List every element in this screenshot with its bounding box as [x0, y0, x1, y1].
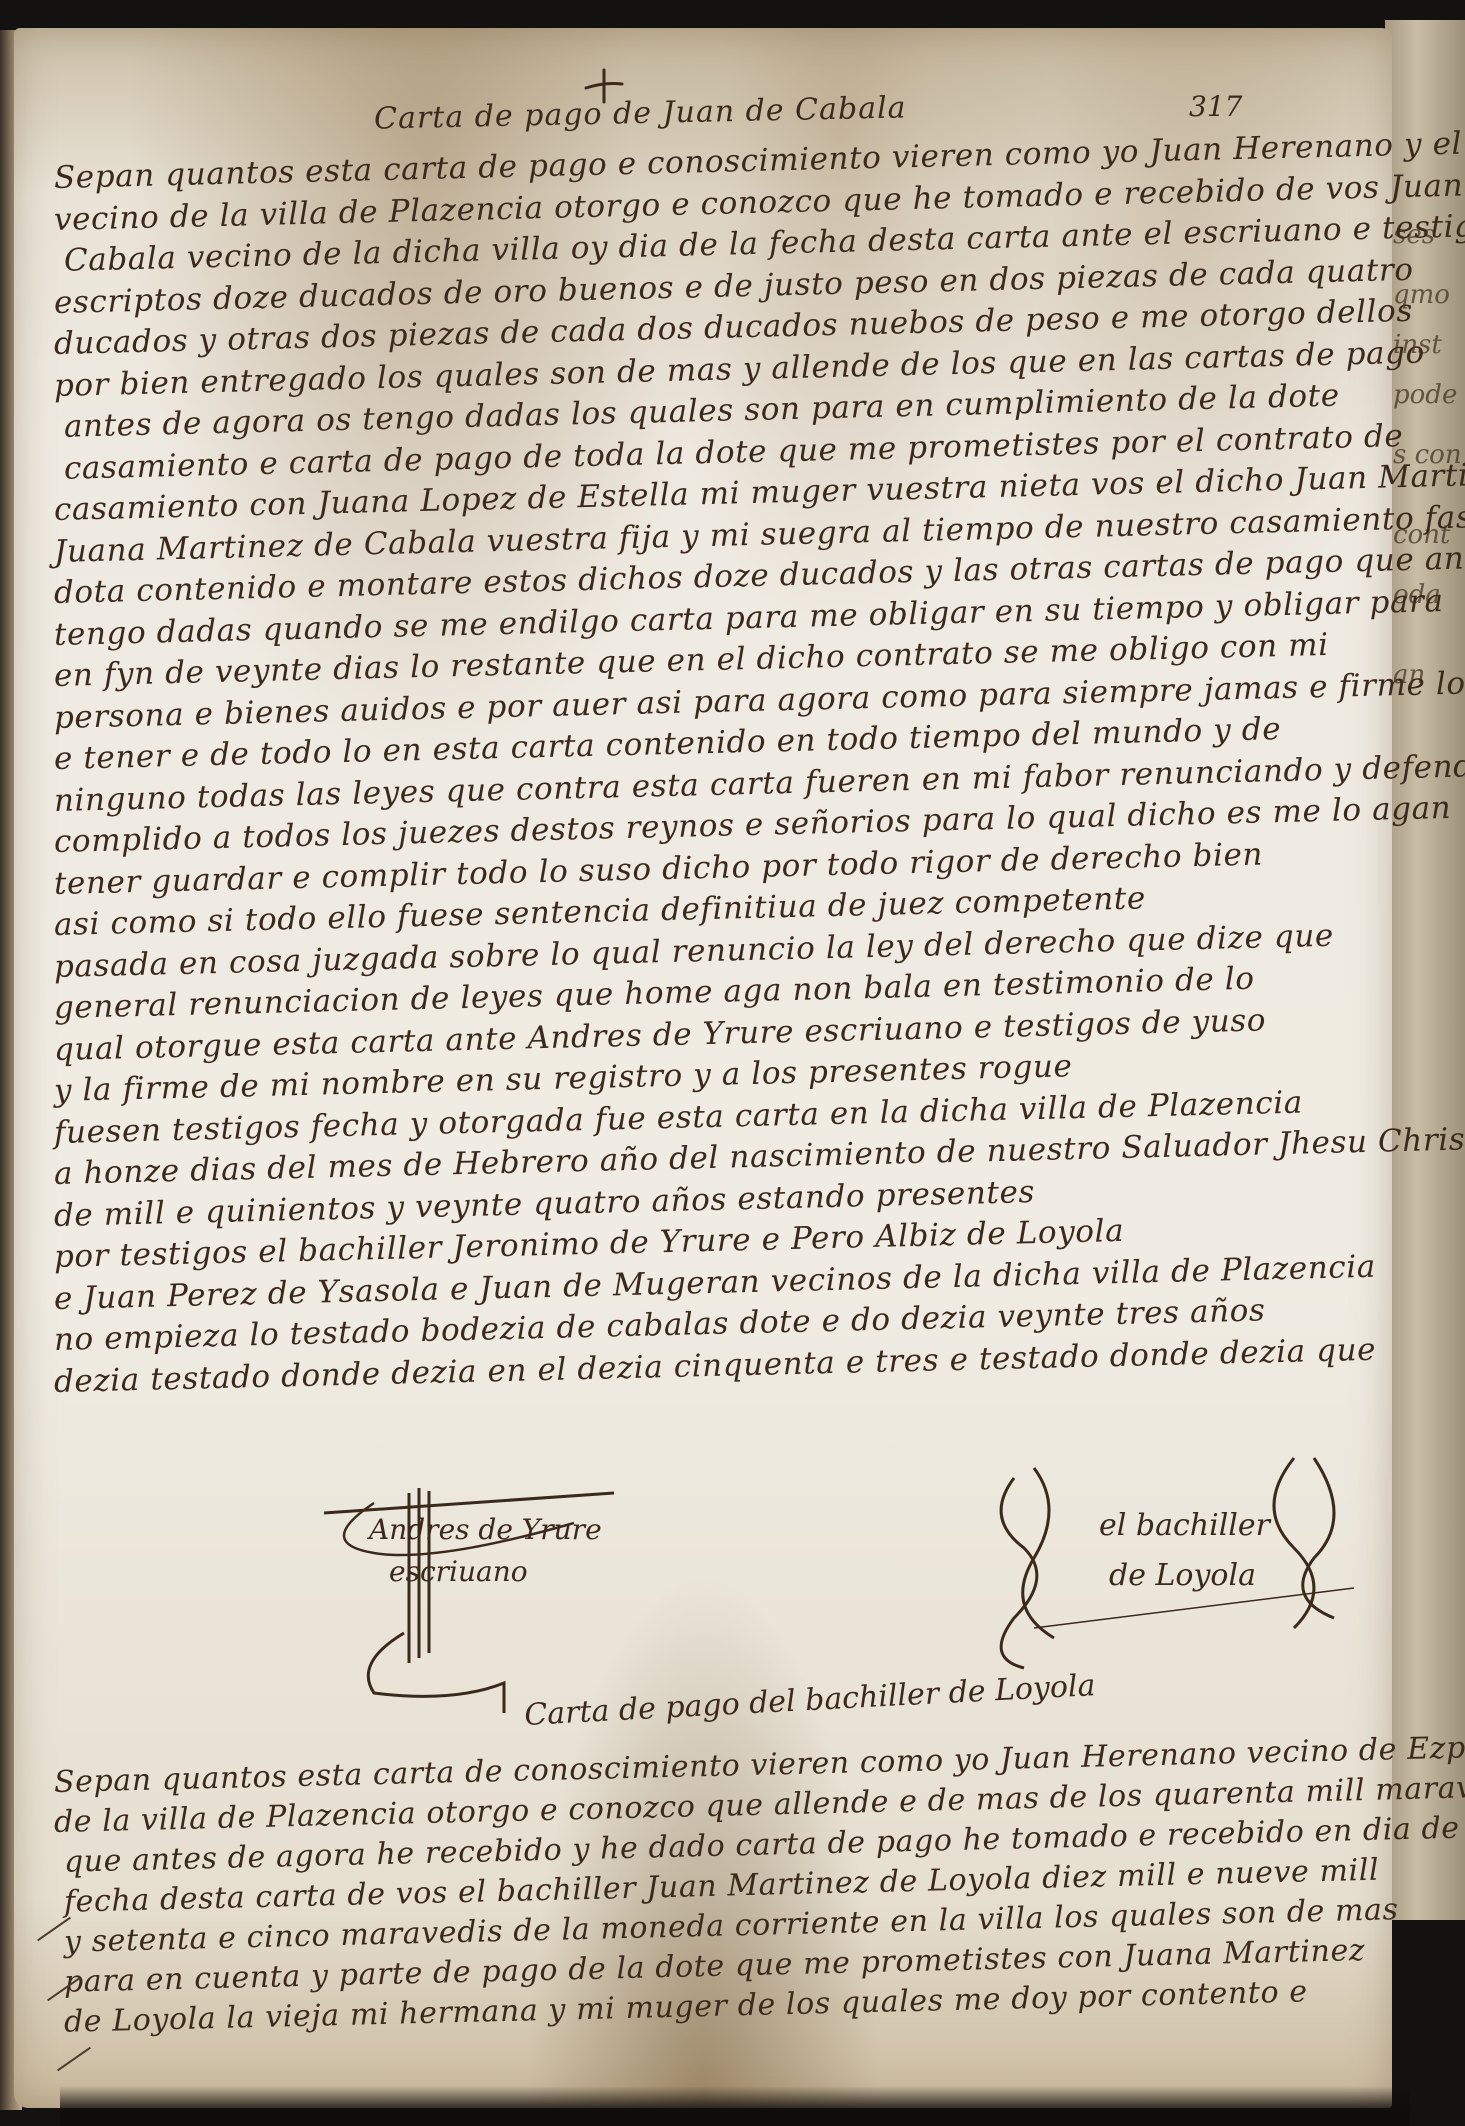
second-act-text: Sepan quantos esta carta de conoscimient… [54, 1763, 1414, 2043]
torn-page-edge [60, 2086, 1410, 2126]
manuscript-page: Carta de pago de Juan de Cabala 317 Sepa… [14, 28, 1392, 2108]
signature-name: Andres de Yrure [369, 1513, 602, 1546]
folio-number: 317 [1189, 90, 1242, 123]
signature-role: escriuano [389, 1555, 528, 1588]
grantor-signature: el bachiller de Loyola [994, 1458, 1374, 1678]
signature-line: de Loyola [1109, 1558, 1256, 1593]
act-header: Carta de pago de Juan de Cabala [374, 90, 907, 136]
notary-signature: Andres de Yrure escriuano [314, 1483, 634, 1723]
margin-stroke [57, 2047, 91, 2072]
first-act-text: Sepan quantos esta carta de pago e conos… [54, 158, 1394, 1403]
signature-line: el bachiller [1099, 1508, 1270, 1543]
adjacent-fragment: pode [1393, 380, 1457, 410]
manuscript-scan: ses qmo inst pode s con cont oda an Cart… [0, 0, 1465, 2126]
